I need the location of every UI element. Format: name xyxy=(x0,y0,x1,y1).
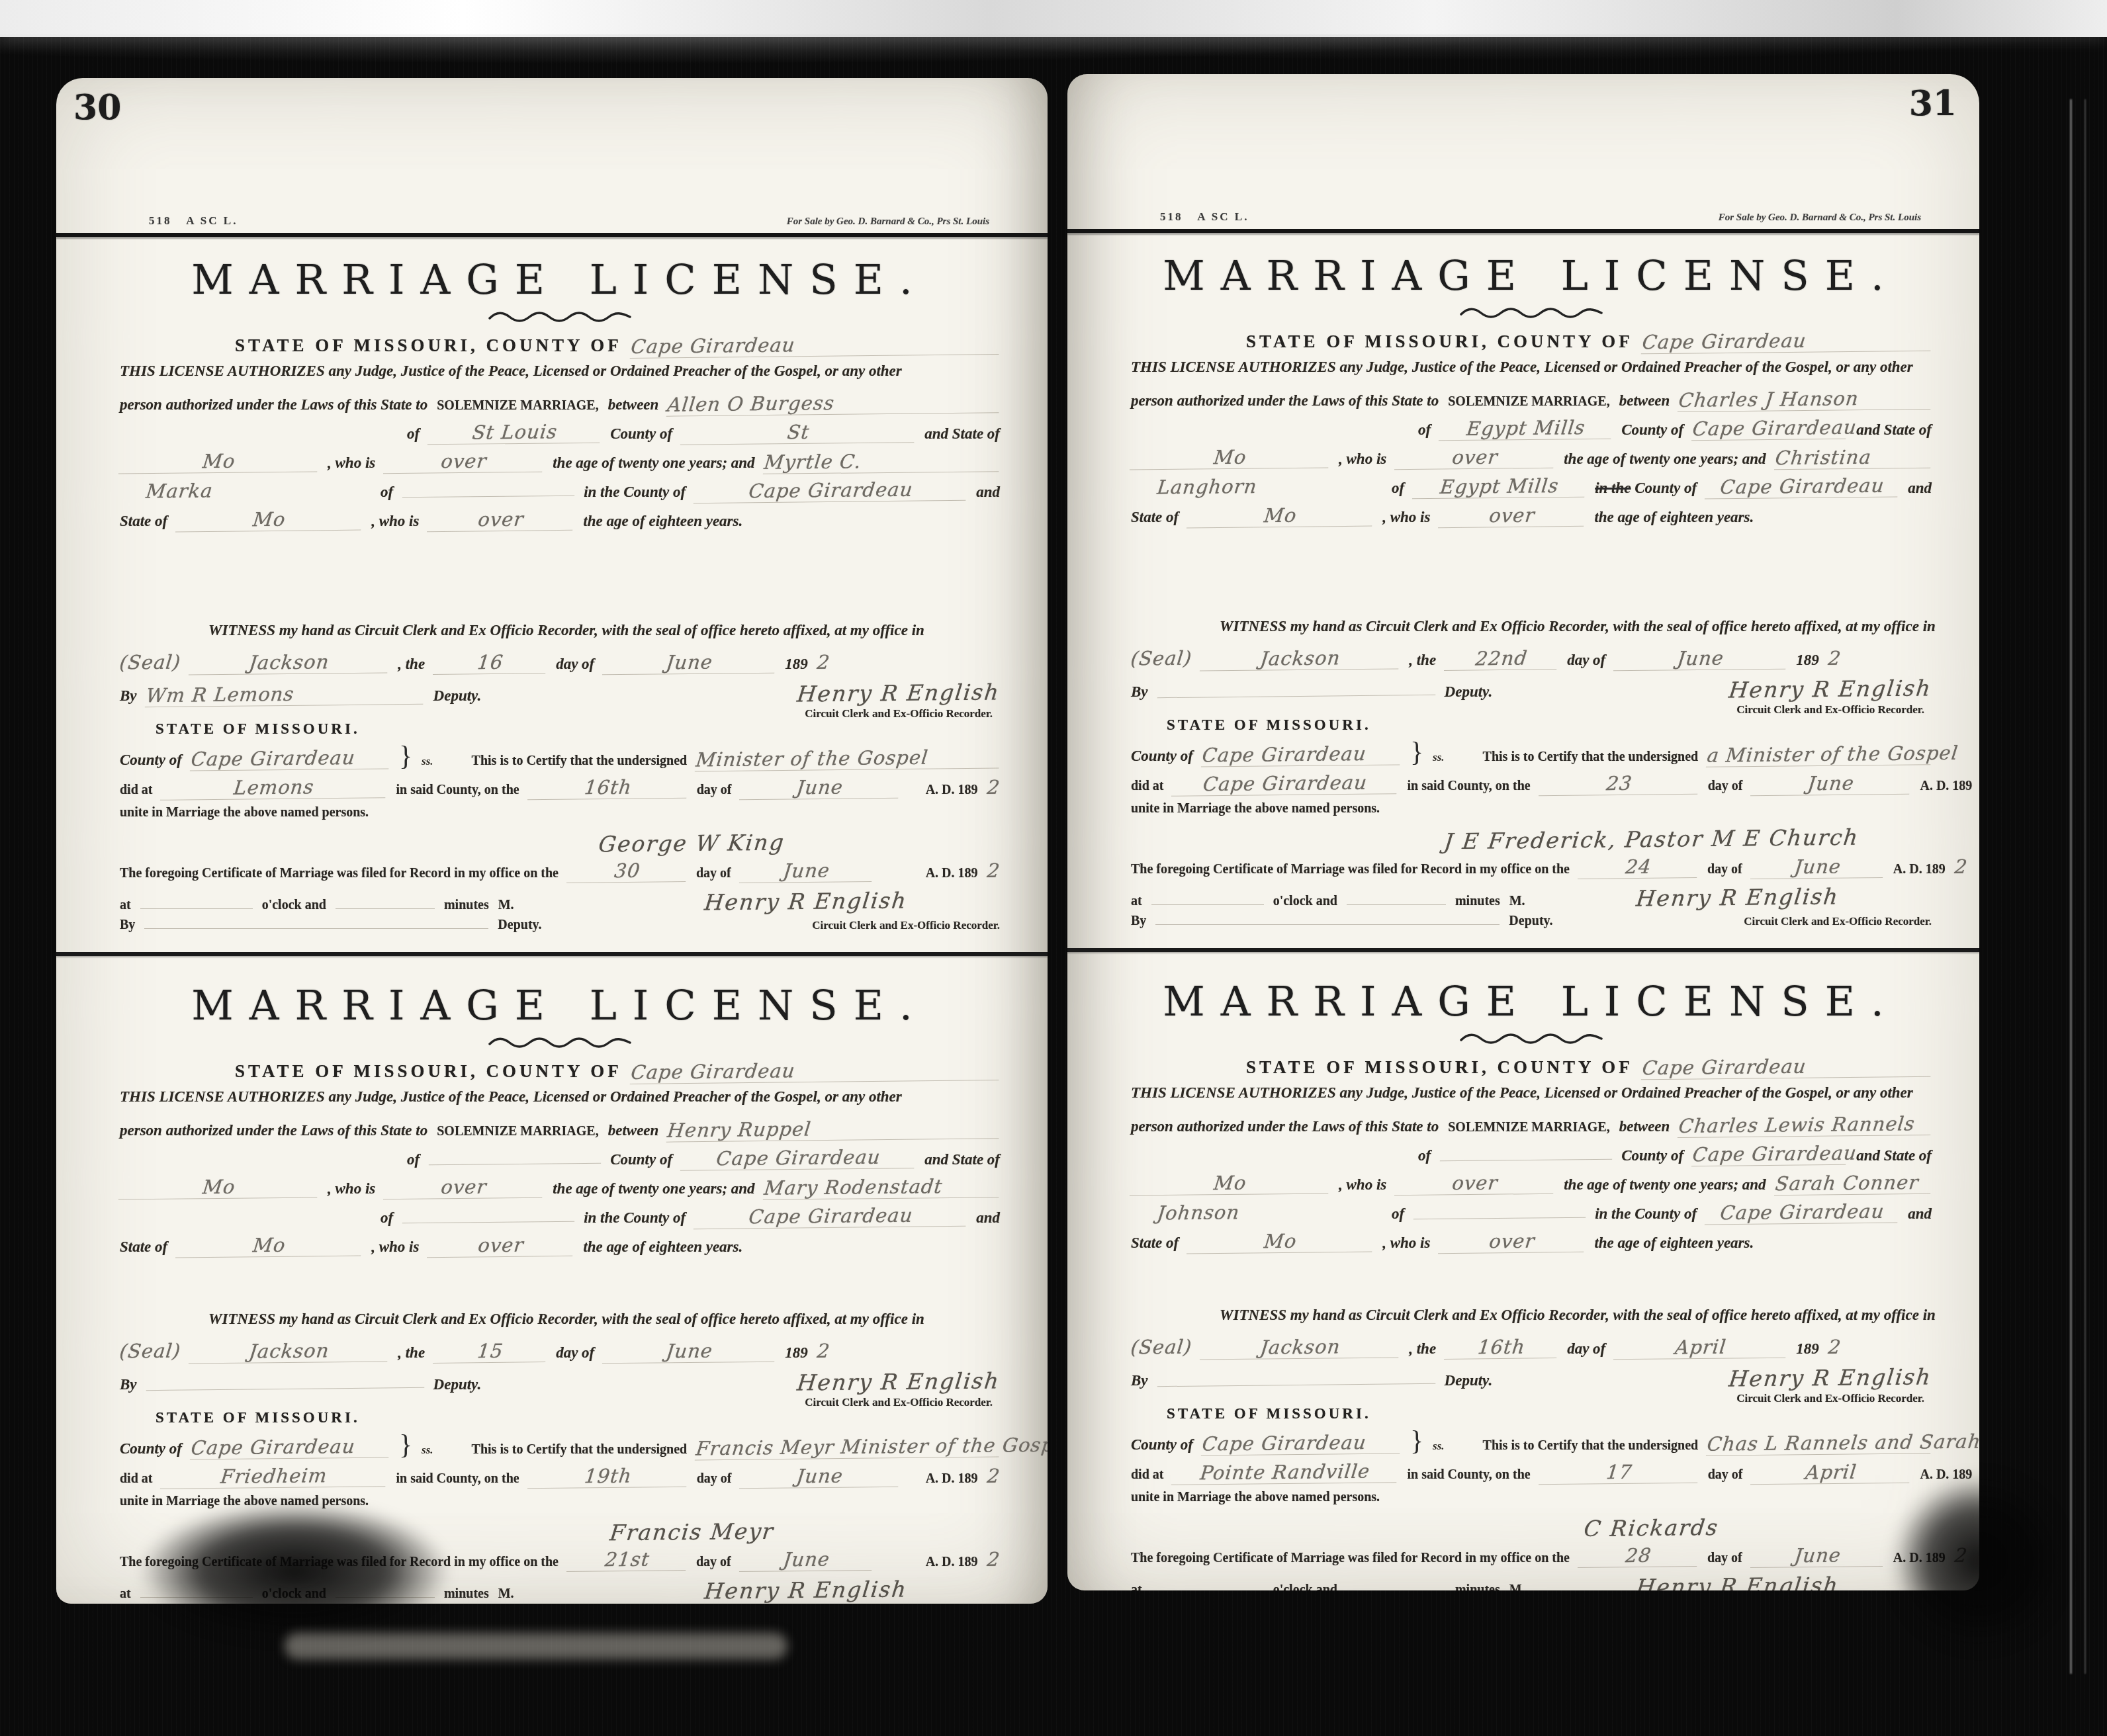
bride-county-handwritten: Cape Girardeau xyxy=(1705,1199,1900,1225)
meridiem-label: M. xyxy=(498,898,514,913)
solemnize-marriage-text: SOLEMNIZE MARRIAGE, xyxy=(437,1124,598,1139)
state-of-missouri-line: STATE OF MISSOURI. xyxy=(120,1409,1000,1436)
by-label: By xyxy=(1131,1372,1148,1389)
witness-word: WITNESS xyxy=(1220,618,1286,634)
authorizes-line-2: person authorized under the Laws of this… xyxy=(120,392,1000,421)
person-authorized-text: person authorized under the Laws of this… xyxy=(1131,1118,1439,1135)
bride-county-handwritten: Cape Girardeau xyxy=(1705,474,1900,499)
clerk-signature-handwritten: Henry R English xyxy=(703,887,909,915)
between-text: between xyxy=(1619,1118,1670,1135)
clerk-title-text: Circuit Clerk and Ex-Officio Recorder. xyxy=(1736,1392,1924,1405)
authorizes-rest-text: any Judge, Justice of the Peace, License… xyxy=(328,363,901,379)
bride-name-continued-handwritten xyxy=(120,1221,371,1224)
deputy-label: Deputy. xyxy=(433,1376,482,1393)
witness-day-handwritten: 22nd xyxy=(1444,646,1559,671)
county-of-label: County of xyxy=(1635,480,1697,496)
age-21-text: the age of twenty one years; and xyxy=(1564,451,1766,468)
wavy-line-icon xyxy=(1458,306,1604,320)
and-state-of-label: and State of xyxy=(1856,1147,1932,1164)
age-18-text: the age of eighteen years. xyxy=(583,1238,742,1256)
printer-credit: For Sale by Geo. D. Barnard & Co., Prs S… xyxy=(787,216,989,228)
page-number-right: 31 xyxy=(1909,83,1957,124)
groom-residence-line: of County of Cape Girardeau and State of xyxy=(120,1147,1000,1176)
marriage-day-handwritten: 19th xyxy=(527,1464,689,1489)
of-label: of xyxy=(381,484,393,501)
by-label: By xyxy=(120,1376,137,1393)
marriage-year-handwritten: 2 xyxy=(986,776,1001,799)
deputy-clerk-row: By Deputy. Henry R English Circuit Clerk… xyxy=(120,1369,1000,1409)
clerk-title-text: Circuit Clerk and Ex-Officio Recorder. xyxy=(805,707,993,720)
clerk-title-text: Circuit Clerk and Ex-Officio Recorder. xyxy=(1736,703,1924,716)
clerk-signature-block: Henry R English Circuit Clerk and Ex-Off… xyxy=(797,1369,1000,1409)
witness-clause-line: WITNESS my hand as Circuit Clerk and Ex … xyxy=(1131,1307,1932,1336)
bride-state-handwritten: Mo xyxy=(175,507,363,533)
state-of-label: State of xyxy=(120,1238,167,1256)
county-of-label: County of xyxy=(623,1209,686,1226)
register-page-right: 31 518 A SC L. For Sale by Geo. D. Barna… xyxy=(1067,74,1979,1590)
witness-year-handwritten: 2 xyxy=(816,651,831,673)
register-page-left: 30 518 A SC L. For Sale by Geo. D. Barna… xyxy=(56,78,1048,1604)
deputy-label: Deputy. xyxy=(498,918,541,933)
marriage-day-handwritten: 16th xyxy=(527,775,689,801)
officiant-signature-line: George W King xyxy=(120,830,1000,859)
certify-text: This is to Certify that the undersigned xyxy=(1483,1438,1699,1454)
seal-note-handwritten: (Seal) xyxy=(118,651,182,674)
deputy-blank xyxy=(144,928,488,929)
in-the-label: in the xyxy=(584,1209,619,1226)
blank-gap xyxy=(1131,1259,1932,1307)
clerk-signature-handwritten: Henry R English xyxy=(1635,883,1840,911)
groom-residence-handwritten xyxy=(1440,1159,1612,1162)
groom-over-handwritten: over xyxy=(1394,1171,1556,1196)
this-license-authorizes-text: THIS LICENSE AUTHORIZES xyxy=(1131,359,1336,375)
person-authorized-text: person authorized under the Laws of this… xyxy=(1131,392,1439,410)
at-label: at xyxy=(1131,1583,1142,1590)
day-of-label: day of xyxy=(1567,652,1605,669)
print-stock-line: 518 A SC L. For Sale by Geo. D. Barnard … xyxy=(149,214,989,228)
ornament-wavy-divider xyxy=(120,1036,1000,1053)
witness-clause-text: my hand as Circuit Clerk and Ex Officio … xyxy=(279,1311,924,1327)
groom-over-handwritten: over xyxy=(383,449,545,474)
bride-county-handwritten: Cape Girardeau xyxy=(694,1203,968,1229)
who-is-label: , who is xyxy=(1339,1176,1386,1193)
state-county-heading: STATE OF MISSOURI, COUNTY OF xyxy=(1246,331,1633,352)
unite-text: unite in Marriage the above named person… xyxy=(120,805,369,820)
license-form-page31-top: MARRIAGE LICENSE. STATE OF MISSOURI, COU… xyxy=(1067,233,1979,937)
officiant-signature-line: C Rickards xyxy=(1131,1515,1932,1544)
day-of-label: day of xyxy=(697,1471,732,1487)
oclock-line: at o'clock and minutes M. Henry R Englis… xyxy=(120,889,1000,918)
certify-line: County of Cape Girardeau }ss. This is to… xyxy=(120,747,1000,776)
page-number-left: 30 xyxy=(73,87,121,128)
state-county-heading: STATE OF MISSOURI, COUNTY OF xyxy=(235,335,622,356)
officiant-signature-handwritten: J E Frederick, Pastor M E Church xyxy=(1443,824,1860,855)
bride-residence-line: Marka of in the County of Cape Girardeau… xyxy=(120,479,1000,508)
groom-residence-handwritten: Egypt Mills xyxy=(1439,416,1613,441)
person-authorized-text: person authorized under the Laws of this… xyxy=(120,1122,427,1139)
county-of-label: County of xyxy=(1131,748,1193,765)
deputy-clerk-row: By Wm R Lemons Deputy. Henry R English C… xyxy=(120,680,1000,720)
unite-line: unite in Marriage the above named person… xyxy=(1131,1490,1932,1515)
marriage-day-handwritten: 17 xyxy=(1539,1460,1700,1485)
blank-gap xyxy=(1131,533,1932,618)
clerk-signature-handwritten: Henry R English xyxy=(796,679,1001,707)
license-form-page31-bottom: MARRIAGE LICENSE. STATE OF MISSOURI, COU… xyxy=(1067,959,1979,1590)
witness-day-handwritten: 16th xyxy=(1444,1335,1559,1360)
who-is-label: , who is xyxy=(328,1180,375,1197)
meridiem-label: M. xyxy=(1509,894,1525,909)
filed-text: The foregoing Certificate of Marriage wa… xyxy=(120,866,559,881)
witness-place-handwritten: Jackson xyxy=(1200,646,1401,671)
certify-county-handwritten: Cape Girardeau xyxy=(190,1434,391,1459)
authorizes-line-1: THIS LICENSE AUTHORIZES any Judge, Justi… xyxy=(120,1088,1000,1117)
and-state-of-label: and State of xyxy=(1856,421,1932,439)
bride-over-handwritten: over xyxy=(1438,503,1586,528)
witness-year-handwritten: 2 xyxy=(1827,1336,1842,1358)
witness-day-handwritten: 15 xyxy=(433,1339,548,1364)
day-of-label: day of xyxy=(1567,1340,1605,1358)
witness-month-handwritten: June xyxy=(1613,646,1788,672)
married-at-handwritten: Cape Girardeau xyxy=(1171,771,1399,797)
seal-note-handwritten: (Seal) xyxy=(1130,647,1193,670)
bride-residence-handwritten: Egypt Mills xyxy=(1412,474,1587,499)
this-license-authorizes-text: THIS LICENSE AUTHORIZES xyxy=(1131,1084,1336,1101)
deputy-label: Deputy. xyxy=(1509,914,1552,929)
of-label: of xyxy=(1418,421,1431,439)
groom-age-line: Mo , who is over the age of twenty one y… xyxy=(120,450,1000,479)
in-said-county-label: in said County, on the xyxy=(1407,779,1530,794)
by-label: By xyxy=(1131,914,1146,929)
groom-county-handwritten: Cape Girardeau xyxy=(1691,1142,1848,1166)
unite-line: unite in Marriage the above named person… xyxy=(1131,801,1932,826)
bride-over-handwritten: over xyxy=(1438,1229,1586,1254)
between-text: between xyxy=(608,396,659,413)
filed-day-handwritten: 30 xyxy=(566,859,688,883)
county-handwritten: Cape Girardeau xyxy=(1641,1054,1934,1080)
oclock-blank xyxy=(1151,904,1264,905)
witness-word: WITNESS xyxy=(1220,1307,1286,1323)
clerk-signature-handwritten: Henry R English xyxy=(1635,1572,1840,1590)
and-state-of-label: and State of xyxy=(924,425,1000,443)
ad-year-prefix: A. D. 189 xyxy=(926,783,978,798)
who-is-label: , who is xyxy=(371,1238,419,1256)
county-handwritten: Cape Girardeau xyxy=(630,1057,1002,1084)
bottom-deputy-row: By Deputy. Circuit Clerk and Ex-Officio … xyxy=(1131,914,1932,937)
minutes-label: minutes xyxy=(1455,894,1500,909)
the-label: , the xyxy=(398,1344,425,1362)
state-of-missouri-heading: STATE OF MISSOURI. xyxy=(156,720,360,738)
clerk-signature-handwritten: Henry R English xyxy=(1728,1364,1933,1391)
printer-credit: For Sale by Geo. D. Barnard & Co., Prs S… xyxy=(1719,212,1921,224)
day-of-label: day of xyxy=(556,656,594,673)
clerk-signature-handwritten: Henry R English xyxy=(1728,675,1933,703)
groom-county-handwritten: St xyxy=(680,419,917,445)
and-state-of-label: and State of xyxy=(924,1151,1000,1168)
certify-text: This is to Certify that the undersigned xyxy=(1483,750,1699,765)
witness-year-handwritten: 2 xyxy=(816,1340,831,1362)
microfilm-scratch-line xyxy=(2070,99,2072,1674)
scanned-register-photo: 30 518 A SC L. For Sale by Geo. D. Barna… xyxy=(0,0,2107,1736)
married-at-handwritten: Pointe Randville xyxy=(1171,1459,1399,1485)
clerk-title-text: Circuit Clerk and Ex-Officio Recorder. xyxy=(805,1396,993,1409)
ss-label: ss. xyxy=(1433,751,1444,764)
blank-gap xyxy=(120,1263,1000,1311)
at-label: at xyxy=(120,1586,131,1602)
county-of-label: County of xyxy=(610,425,672,443)
state-of-missouri-line: STATE OF MISSOURI. xyxy=(1131,716,1932,743)
witness-clause-line: WITNESS my hand as Circuit Clerk and Ex … xyxy=(120,622,1000,651)
minutes-label: minutes xyxy=(444,898,489,913)
married-at-handwritten: Lemons xyxy=(160,775,388,801)
in-said-county-label: in said County, on the xyxy=(1407,1467,1530,1483)
age-18-text: the age of eighteen years. xyxy=(1594,509,1754,526)
bride-name-continued-handwritten: Johnson xyxy=(1130,1199,1384,1225)
county-of-label: County of xyxy=(1131,1436,1193,1454)
of-label: of xyxy=(1392,1205,1404,1223)
witness-clause-text: my hand as Circuit Clerk and Ex Officio … xyxy=(1290,618,1936,634)
groom-name-handwritten: Charles J Hanson xyxy=(1678,386,1933,412)
filed-line: The foregoing Certificate of Marriage wa… xyxy=(1131,855,1932,885)
witness-place-handwritten: Jackson xyxy=(1200,1334,1401,1360)
bride-residence-line: of in the County of Cape Girardeau and xyxy=(120,1205,1000,1234)
marriage-month-handwritten: April xyxy=(1750,1460,1912,1485)
form-stock-number: 518 A SC L. xyxy=(1160,210,1249,224)
day-of-label: day of xyxy=(697,783,732,798)
authorizes-line-2: person authorized under the Laws of this… xyxy=(120,1117,1000,1147)
day-of-label: day of xyxy=(556,1344,594,1362)
who-is-label: , who is xyxy=(1339,451,1386,468)
age-21-text: the age of twenty one years; and xyxy=(553,455,754,472)
age-18-text: the age of eighteen years. xyxy=(583,513,742,530)
witness-word: WITNESS xyxy=(208,622,275,638)
state-of-label: State of xyxy=(120,513,167,530)
clerk-signature-handwritten: Henry R English xyxy=(703,1576,909,1604)
bride-state-handwritten: Mo xyxy=(175,1233,363,1258)
filed-year-handwritten: 2 xyxy=(1953,855,1969,878)
minutes-label: minutes xyxy=(1455,1583,1500,1590)
did-at-label: did at xyxy=(120,1471,152,1487)
oclock-label: o'clock and xyxy=(1273,894,1337,909)
between-text: between xyxy=(1619,392,1670,410)
filed-month-handwritten: June xyxy=(739,1547,874,1572)
deputy-label: Deputy. xyxy=(1445,683,1493,701)
did-at-label: did at xyxy=(120,783,152,798)
married-at-handwritten: Friedheim xyxy=(160,1463,388,1489)
deputy-name-handwritten xyxy=(1157,1383,1435,1387)
groom-residence-handwritten xyxy=(429,1163,601,1166)
ornament-wavy-divider xyxy=(1131,1032,1932,1049)
and-label: and xyxy=(1908,480,1932,497)
person-authorized-text: person authorized under the Laws of this… xyxy=(120,396,427,413)
bride-residence-handwritten xyxy=(402,1221,574,1224)
thumb-shadow-artifact xyxy=(139,1502,450,1641)
unite-text: unite in Marriage the above named person… xyxy=(1131,1490,1380,1505)
authorizes-rest-text: any Judge, Justice of the Peace, License… xyxy=(328,1088,901,1105)
married-at-line: did at Pointe Randville in said County, … xyxy=(1131,1461,1932,1490)
seal-note-handwritten: (Seal) xyxy=(1130,1336,1193,1359)
ornament-wavy-divider xyxy=(1131,306,1932,323)
wavy-line-icon xyxy=(487,310,633,324)
of-label: of xyxy=(381,1209,393,1227)
ss-label: ss. xyxy=(1433,1440,1444,1453)
bride-name-handwritten: Sarah Conner xyxy=(1773,1171,1933,1195)
witness-clause-line: WITNESS my hand as Circuit Clerk and Ex … xyxy=(120,1311,1000,1340)
filed-year-handwritten: 2 xyxy=(986,859,1001,882)
certify-county-handwritten: Cape Girardeau xyxy=(1201,742,1402,767)
witness-month-handwritten: June xyxy=(602,650,777,675)
age-18-text: the age of eighteen years. xyxy=(1594,1235,1754,1252)
witness-place-handwritten: Jackson xyxy=(189,1338,390,1364)
authorizes-line-2: person authorized under the Laws of this… xyxy=(1131,388,1932,417)
groom-county-handwritten: Cape Girardeau xyxy=(1691,416,1848,441)
witness-year-handwritten: 2 xyxy=(1827,647,1842,670)
bride-residence-line: Johnson of in the County of Cape Girarde… xyxy=(1131,1201,1932,1230)
ad-year-prefix: A. D. 189 xyxy=(926,866,978,881)
who-is-label: , who is xyxy=(328,455,375,472)
witness-clause-text: my hand as Circuit Clerk and Ex Officio … xyxy=(279,622,924,638)
at-label: at xyxy=(1131,894,1142,909)
county-handwritten: Cape Girardeau xyxy=(1641,328,1934,355)
certify-line: County of Cape Girardeau }ss. This is to… xyxy=(1131,1432,1932,1461)
authorizes-line-2: person authorized under the Laws of this… xyxy=(1131,1113,1932,1143)
day-of-label: day of xyxy=(1708,779,1743,794)
ad-year-prefix: A. D. 189 xyxy=(1893,862,1946,877)
bride-name-continued-handwritten: Marka xyxy=(118,478,373,503)
bride-over-handwritten: over xyxy=(427,1233,575,1258)
oclock-blank xyxy=(140,908,253,909)
deputy-name-handwritten xyxy=(1157,695,1435,698)
print-stock-line: 518 A SC L. For Sale by Geo. D. Barnard … xyxy=(1160,210,1921,224)
groom-residence-line: of Egypt Mills County of Cape Girardeau … xyxy=(1131,417,1932,446)
did-at-label: did at xyxy=(1131,1467,1163,1483)
certify-line: County of Cape Girardeau }ss. This is to… xyxy=(120,1436,1000,1465)
bride-over-handwritten: over xyxy=(427,507,575,532)
certify-undersigned-handwritten: Chas L Rannels and Sarah A Johnson xyxy=(1706,1430,1933,1456)
unite-text: unite in Marriage the above named person… xyxy=(1131,801,1380,816)
certify-line: County of Cape Girardeau }ss. This is to… xyxy=(1131,743,1932,772)
in-the-label: in the xyxy=(1595,1205,1631,1222)
age-21-text: the age of twenty one years; and xyxy=(1564,1176,1766,1193)
state-of-missouri-heading: STATE OF MISSOURI. xyxy=(1167,1405,1371,1422)
oclock-line: at o'clock and minutes M. Henry R Englis… xyxy=(1131,1573,1932,1590)
witness-clause-text: my hand as Circuit Clerk and Ex Officio … xyxy=(1290,1307,1936,1323)
minutes-label: minutes xyxy=(444,1586,489,1602)
filed-day-handwritten: 28 xyxy=(1578,1543,1699,1568)
bride-name-continued-handwritten: Langhorn xyxy=(1130,474,1384,499)
clerk-signature-handwritten: Henry R English xyxy=(796,1367,1001,1395)
form-divider-rule xyxy=(56,952,1048,956)
certify-undersigned-handwritten: a Minister of the Gospel xyxy=(1706,742,1933,767)
county-of-label: County of xyxy=(610,1151,672,1168)
filed-text: The foregoing Certificate of Marriage wa… xyxy=(1131,1551,1570,1566)
groom-over-handwritten: over xyxy=(383,1175,545,1200)
bride-name-handwritten: Christina xyxy=(1773,445,1933,470)
solemnize-marriage-text: SOLEMNIZE MARRIAGE, xyxy=(1448,1120,1609,1135)
of-label: of xyxy=(1392,480,1404,497)
age-21-text: the age of twenty one years; and xyxy=(553,1180,754,1197)
filed-line: The foregoing Certificate of Marriage wa… xyxy=(1131,1544,1932,1573)
deputy-clerk-row: By Deputy. Henry R English Circuit Clerk… xyxy=(1131,676,1932,716)
in-the-label: in the xyxy=(1595,480,1631,496)
officiant-signature-handwritten: Francis Meyr xyxy=(608,1518,775,1546)
minutes-blank xyxy=(1347,904,1446,905)
who-is-label: , who is xyxy=(1382,1235,1430,1252)
wavy-line-icon xyxy=(1458,1032,1604,1045)
day-of-label: day of xyxy=(696,866,731,881)
page-edge-sliver xyxy=(285,1633,787,1659)
by-label: By xyxy=(120,918,135,933)
state-county-line: STATE OF MISSOURI, COUNTY OF Cape Girard… xyxy=(1131,329,1932,359)
the-label: , the xyxy=(1409,652,1436,669)
filed-month-handwritten: June xyxy=(739,859,874,883)
in-said-county-label: in said County, on the xyxy=(396,783,519,798)
certify-county-handwritten: Cape Girardeau xyxy=(190,746,391,771)
state-county-line: STATE OF MISSOURI, COUNTY OF Cape Girard… xyxy=(120,1059,1000,1088)
state-of-missouri-line: STATE OF MISSOURI. xyxy=(120,720,1000,747)
and-label: and xyxy=(1908,1205,1932,1223)
of-label: of xyxy=(407,1151,420,1168)
blank-gap xyxy=(120,537,1000,622)
form-title: MARRIAGE LICENSE. xyxy=(120,255,1000,304)
ad-year-prefix: A. D. 189 xyxy=(926,1471,978,1487)
state-of-label: State of xyxy=(1131,1235,1179,1252)
wavy-line-icon xyxy=(487,1036,633,1049)
oclock-label: o'clock and xyxy=(262,898,326,913)
solemnize-marriage-text: SOLEMNIZE MARRIAGE, xyxy=(437,398,598,413)
witness-clause-line: WITNESS my hand as Circuit Clerk and Ex … xyxy=(1131,618,1932,647)
filed-day-handwritten: 24 xyxy=(1578,855,1699,879)
ad-year-prefix: A. D. 189 xyxy=(1920,779,1972,794)
groom-state-handwritten: Mo xyxy=(1130,1170,1331,1195)
in-said-county-label: in said County, on the xyxy=(396,1471,519,1487)
the-label: , the xyxy=(1409,1340,1436,1358)
marriage-month-handwritten: June xyxy=(1750,771,1912,797)
scan-top-edge xyxy=(0,0,2107,37)
deputy-label: Deputy. xyxy=(433,687,482,705)
county-of-label: County of xyxy=(120,1440,182,1457)
groom-age-line: Mo , who is over the age of twenty one y… xyxy=(120,1176,1000,1205)
groom-residence-line: of County of Cape Girardeau and State of xyxy=(1131,1143,1932,1172)
day-of-label: day of xyxy=(1707,1551,1742,1566)
married-at-line: did at Friedheim in said County, on the … xyxy=(120,1465,1000,1494)
certify-county-handwritten: Cape Girardeau xyxy=(1201,1430,1402,1455)
clerk-title-text: Circuit Clerk and Ex-Officio Recorder. xyxy=(812,919,1000,932)
state-county-heading: STATE OF MISSOURI, COUNTY OF xyxy=(1246,1057,1633,1078)
year-printed-prefix: 189 xyxy=(1796,1340,1819,1358)
ad-year-prefix: A. D. 189 xyxy=(926,1555,978,1570)
who-is-label: , who is xyxy=(1382,509,1430,526)
ss-label: ss. xyxy=(422,1444,433,1457)
state-of-missouri-heading: STATE OF MISSOURI. xyxy=(156,1409,360,1426)
groom-residence-line: of St Louis County of St and State of xyxy=(120,421,1000,450)
solemnize-marriage-text: SOLEMNIZE MARRIAGE, xyxy=(1448,394,1609,410)
marriage-day-handwritten: 23 xyxy=(1539,771,1700,797)
day-of-label: day of xyxy=(1707,862,1742,877)
of-label: of xyxy=(407,425,420,443)
license-form-page30-bottom: MARRIAGE LICENSE. STATE OF MISSOURI, COU… xyxy=(56,963,1048,1604)
bride-residence-handwritten xyxy=(1413,1217,1586,1220)
authorizes-rest-text: any Judge, Justice of the Peace, License… xyxy=(1339,1084,1912,1101)
bride-age-line: State of Mo , who is over the age of eig… xyxy=(120,508,1000,537)
at-label: at xyxy=(120,898,131,913)
groom-state-handwritten: Mo xyxy=(118,449,320,474)
county-of-label: County of xyxy=(1635,1205,1697,1222)
filed-line: The foregoing Certificate of Marriage wa… xyxy=(120,859,1000,889)
county-handwritten: Cape Girardeau xyxy=(630,331,1002,359)
county-of-label: County of xyxy=(1621,1147,1683,1164)
bottom-deputy-row: By Deputy. Circuit Clerk and Ex-Officio … xyxy=(120,918,1000,941)
the-label: , the xyxy=(398,656,425,673)
